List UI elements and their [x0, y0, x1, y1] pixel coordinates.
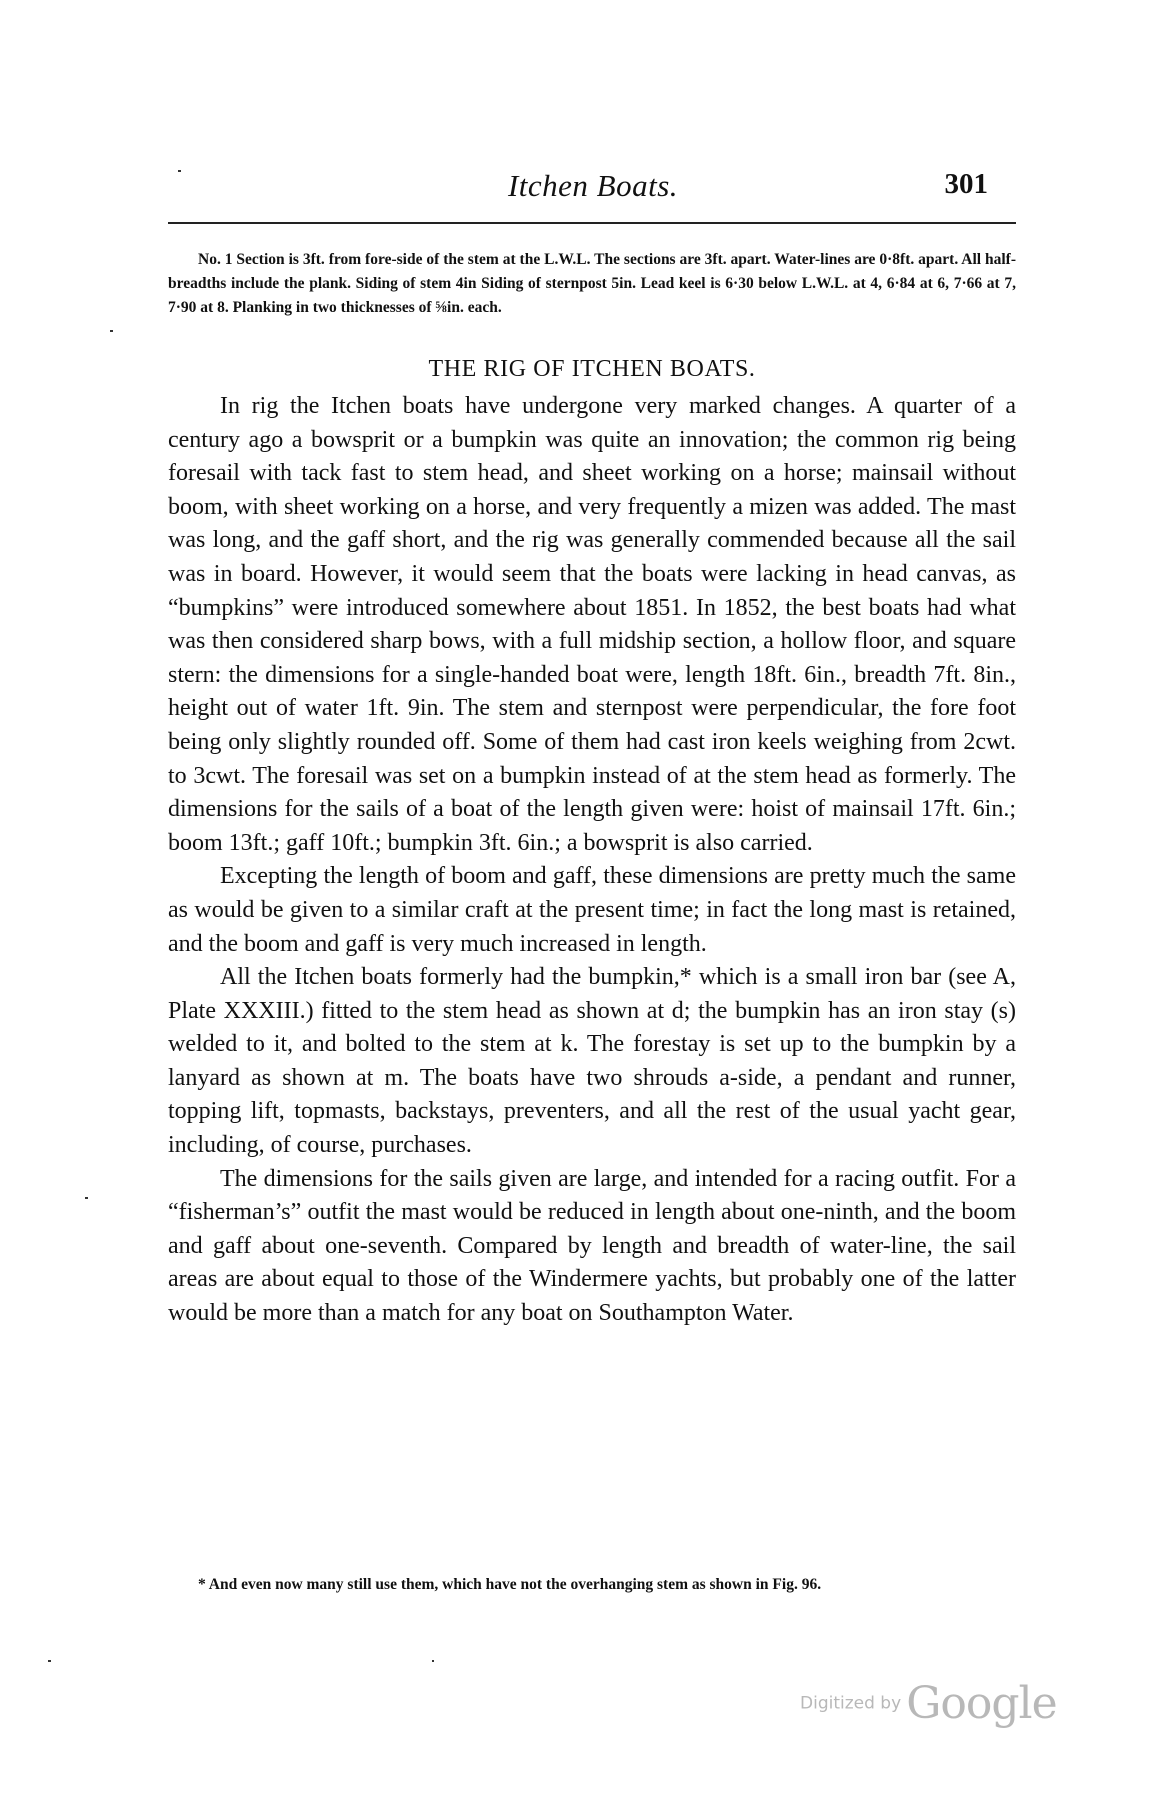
paragraph: In rig the Itchen boats have undergone v… — [168, 390, 1016, 860]
scan-speck — [48, 1660, 51, 1662]
section-body: In rig the Itchen boats have undergone v… — [168, 390, 1016, 1331]
google-logo: Google — [906, 1678, 1056, 1729]
scan-speck — [432, 1660, 434, 1662]
table-note-text: No. 1 Section is 3ft. from fore-side of … — [168, 248, 1016, 320]
paragraph: The dimensions for the sails given are l… — [168, 1163, 1016, 1331]
page-number: 301 — [945, 168, 989, 201]
book-page: Itchen Boats. 301 No. 1 Section is 3ft. … — [0, 0, 1153, 1800]
scan-speck — [110, 330, 113, 332]
watermark-prefix: Digitized by — [800, 1694, 901, 1714]
scan-speck — [85, 1197, 88, 1199]
digitized-watermark: Digitized by Google — [800, 1678, 1057, 1729]
running-head: Itchen Boats. 301 — [168, 168, 1018, 208]
paragraph: Excepting the length of boom and gaff, t… — [168, 860, 1016, 961]
footnote-text: * And even now many still use them, whic… — [168, 1572, 1016, 1597]
table-note: No. 1 Section is 3ft. from fore-side of … — [168, 248, 1016, 320]
paragraph: All the Itchen boats formerly had the bu… — [168, 961, 1016, 1163]
header-rule — [168, 222, 1016, 224]
footnote: * And even now many still use them, whic… — [168, 1572, 1016, 1597]
running-title: Itchen Boats. — [168, 168, 1018, 204]
section-title: THE RIG OF ITCHEN BOATS. — [168, 356, 1016, 383]
